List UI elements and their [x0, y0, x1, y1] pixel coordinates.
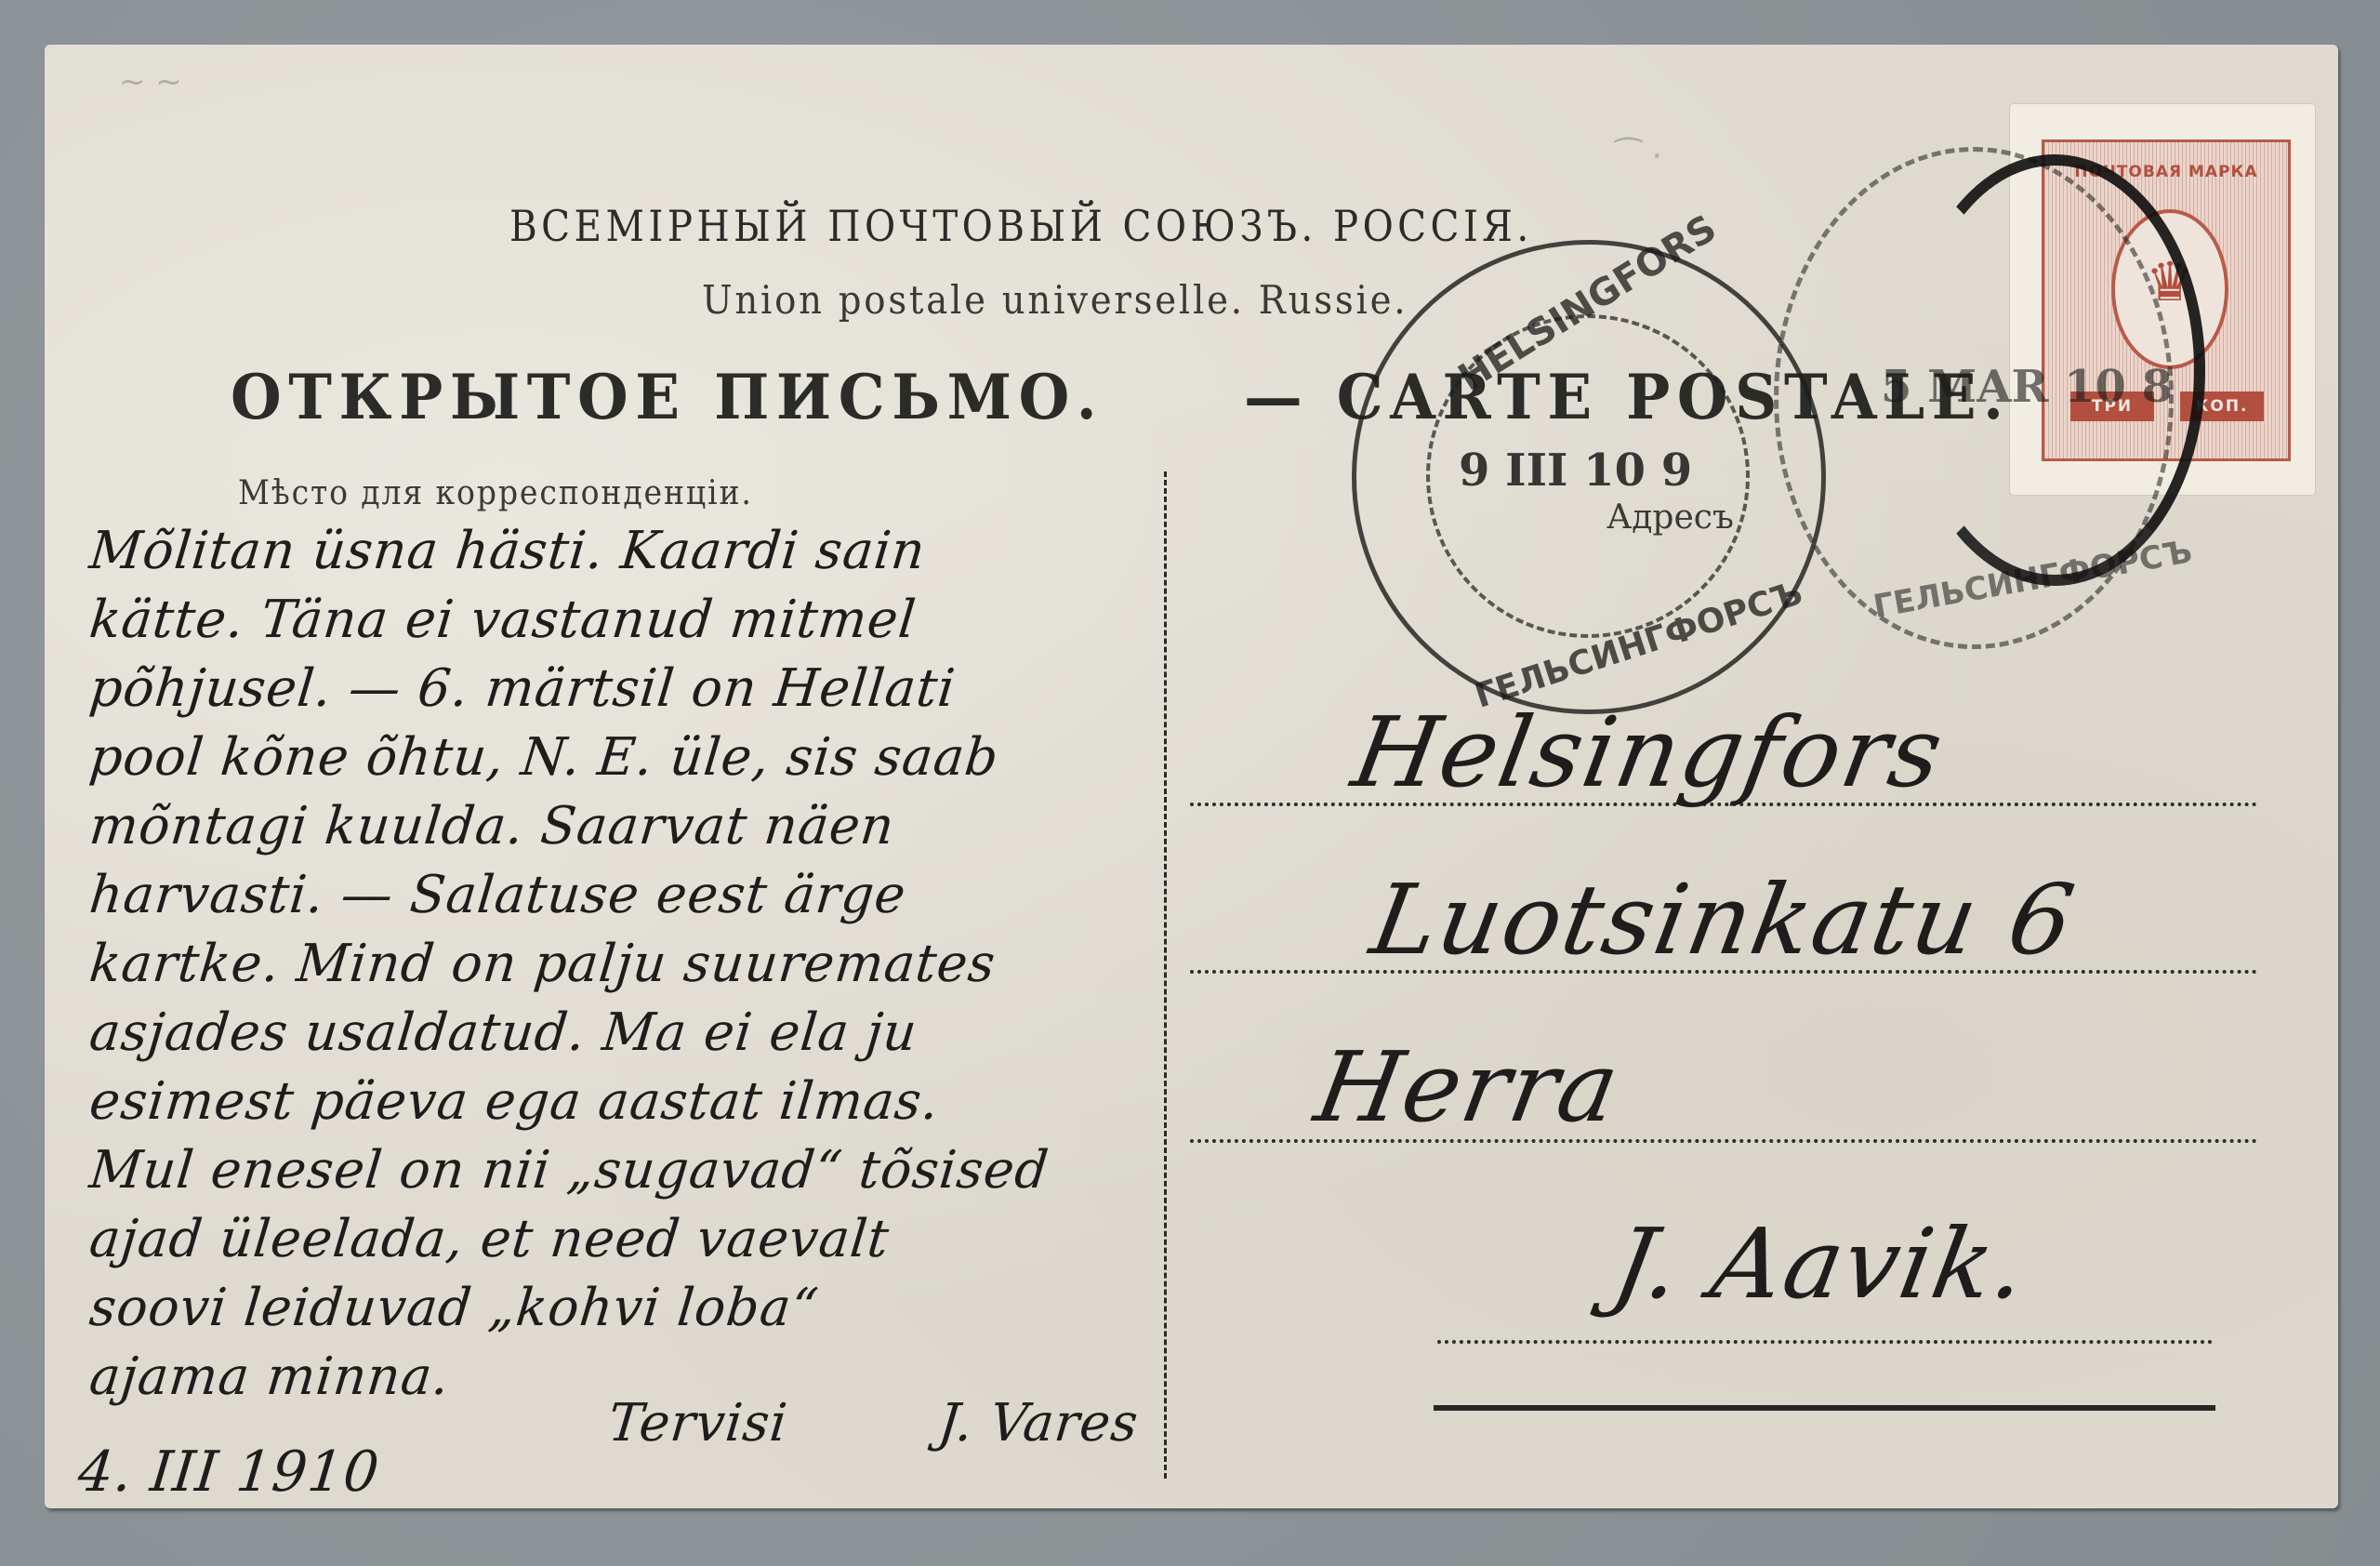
address-salutation: Herra [1307, 1030, 1628, 1144]
address-line-4 [1437, 1340, 2213, 1344]
letter-line: ajama minna. [86, 1347, 453, 1407]
header-french: Union postale universelle. Russie. [702, 277, 1408, 323]
cancellation-ring [1904, 154, 2205, 586]
pencil-mark: ~ ~ [119, 63, 182, 100]
letter-line: Mõlitan üsna hästi. Kaardi sain [86, 521, 928, 581]
postcard: ~ ~ ⁀ · ВСЕМIРНЫЙ ПОЧТОВЫЙ СОЮЗЪ. РОССIЯ… [45, 45, 2338, 1508]
divider-line [1164, 471, 1167, 1479]
letter-line: esimest päeva ega aastat ilmas. [86, 1071, 942, 1132]
letter-line: mõntagi kuulda. Saarvat näen [86, 796, 897, 856]
header-russian: ВСЕМIРНЫЙ ПОЧТОВЫЙ СОЮЗЪ. РОССIЯ. [509, 201, 1533, 251]
letter-line: soovi leiduvad „kohvi loba“ [86, 1278, 821, 1338]
postmark-date: 9 III 10 9 [1459, 445, 1692, 497]
letter-line: pool kõne õhtu, N. E. üle, sis saab [86, 727, 1001, 788]
address-recipient: J. Aavik. [1605, 1207, 2036, 1320]
letter-line: põhjusel. — 6. märtsil on Hellati [86, 658, 958, 719]
letter-date: 4. III 1910 [75, 1440, 383, 1505]
letter-closing: Tervisi [605, 1393, 790, 1453]
address-line-final [1434, 1405, 2215, 1411]
letter-line: asjades usaldatud. Ma ei ela ju [86, 1002, 919, 1063]
correspondence-label: Мѣсто для корреспонденцiи. [238, 474, 753, 512]
pencil-mark: ⁀ · [1616, 138, 1661, 175]
address-city: Helsingfors [1344, 696, 1951, 809]
title-russian: ОТКРЫТОЕ ПИСЬМО. [231, 361, 1104, 433]
letter-line: ajad üleelada, et need vaevalt [86, 1209, 892, 1269]
letter-line: kätte. Täna ei vastanud mitmel [86, 590, 919, 650]
address-street: Luotsinkatu 6 [1363, 863, 2083, 976]
letter-line: harvasti. — Salatuse eest ärge [86, 865, 908, 925]
letter-line: kartke. Mind on palju suuremates [86, 934, 998, 994]
letter-signature: J. Vares [935, 1393, 1141, 1453]
letter-line: Mul enesel on nii „sugavad“ tõsised [86, 1140, 1051, 1201]
postmark-helsingfors: HELSINGFORS ГЕЛЬСИНГФОРСЪ 9 III 10 9 [1352, 240, 1826, 714]
